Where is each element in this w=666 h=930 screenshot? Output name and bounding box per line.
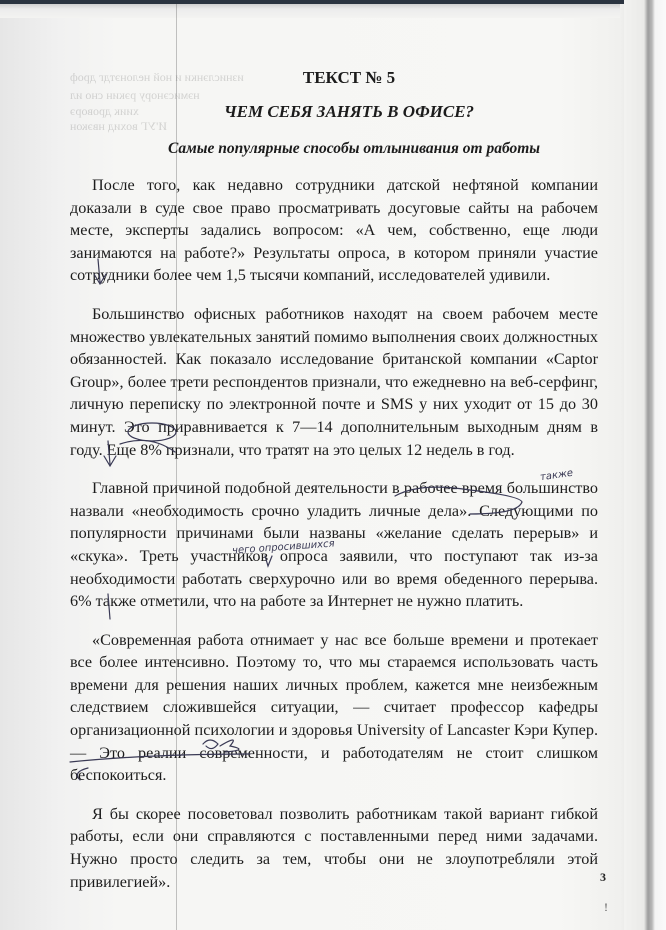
- page-number: 3: [600, 870, 606, 885]
- paragraph: Я бы скорее посоветовал позволить работн…: [70, 803, 598, 893]
- document-body: ТЕКСТ № 5 ЧЕМ СЕБЯ ЗАНЯТЬ В ОФИСЕ? Самые…: [70, 68, 598, 909]
- text-heading: ТЕКСТ № 5: [70, 68, 598, 88]
- scanned-page: изнислэнки и ной нелонэтдг дроф нэмисэно…: [0, 4, 636, 930]
- paragraph: После того, как недавно сотрудники датск…: [70, 174, 598, 287]
- paragraph: Большинство офисных работников находят н…: [70, 303, 598, 461]
- paragraph: «Современная работа отнимает у нас все б…: [70, 629, 598, 787]
- document-title: ЧЕМ СЕБЯ ЗАНЯТЬ В ОФИСЕ?: [70, 102, 598, 122]
- page-top-edge: [0, 4, 620, 18]
- page-edge-shadow: [624, 0, 666, 930]
- document-subtitle: Самые популярные способы отлынивания от …: [70, 140, 598, 158]
- margin-mark: !: [604, 900, 608, 915]
